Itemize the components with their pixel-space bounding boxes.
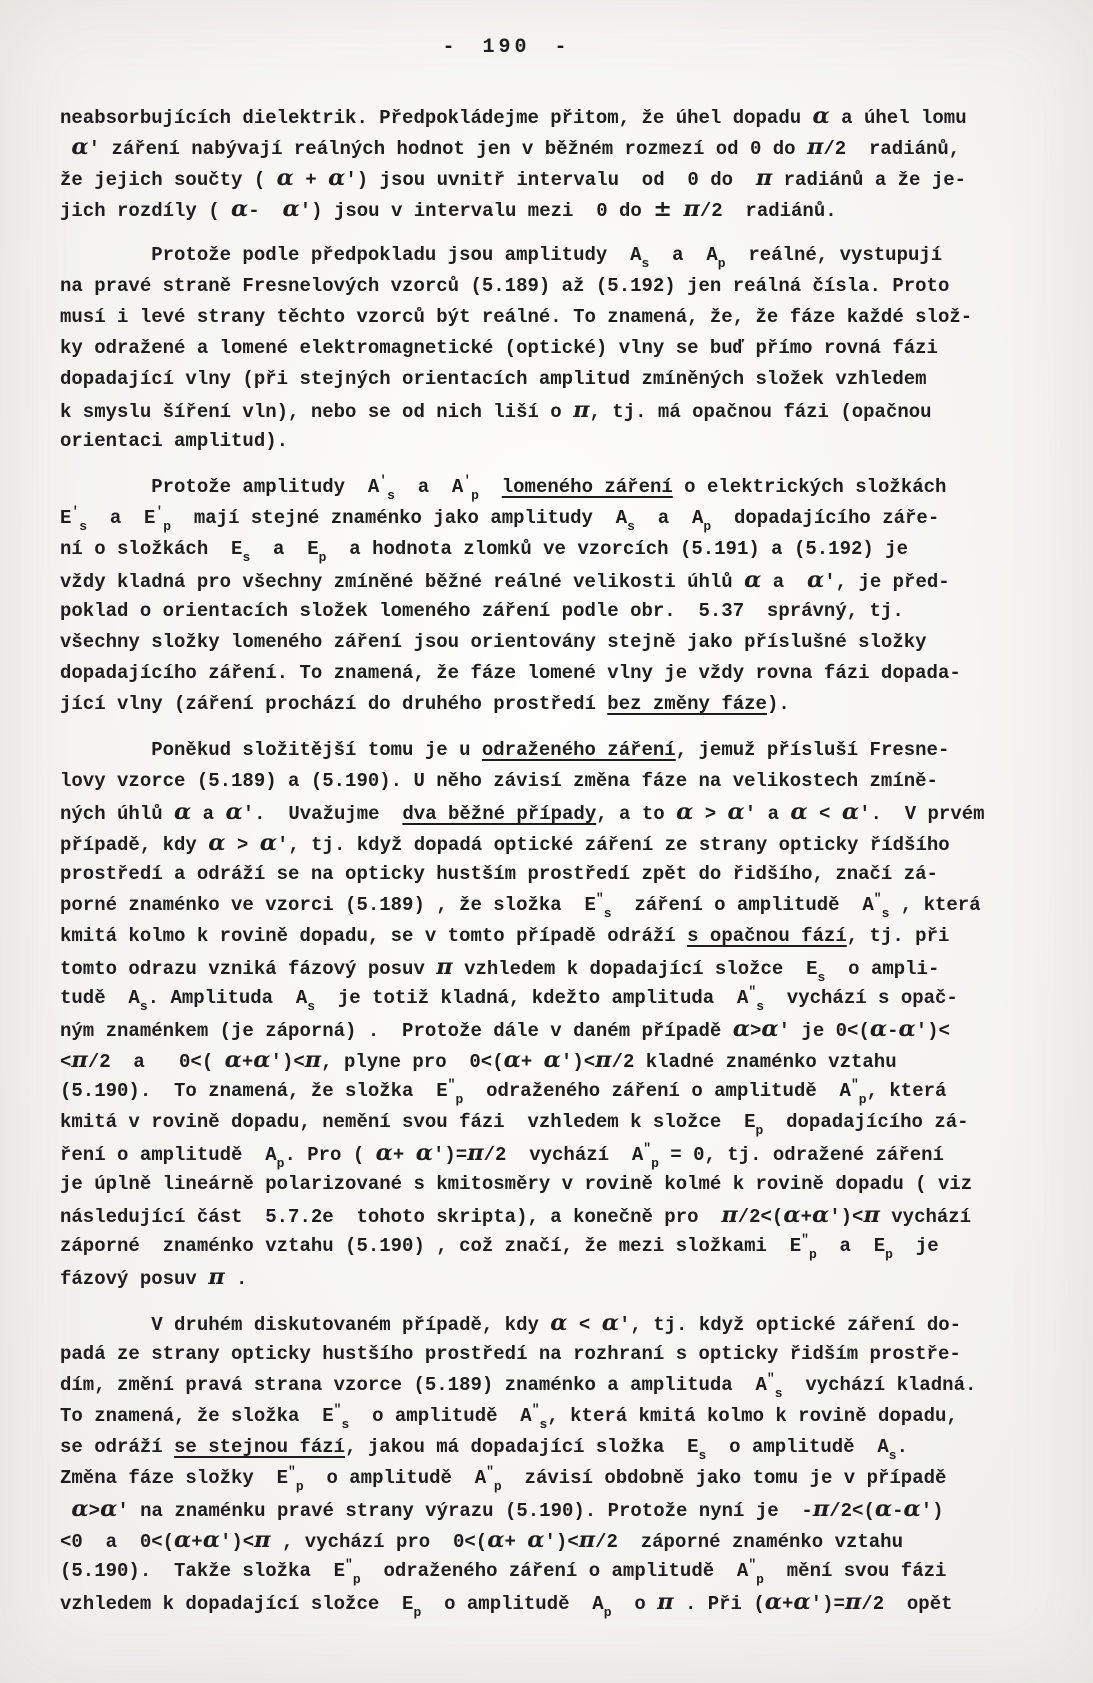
- text-line: dím, změní pravá strana vzorce (5.189) z…: [60, 1370, 1075, 1401]
- text-line: ky odražené a lomené elektromagnetické (…: [60, 333, 1075, 364]
- text-line: tomto odrazu vzniká fázový posuv π vzhle…: [60, 952, 1075, 983]
- text-line: k smyslu šíření vln), nebo se od nich li…: [60, 395, 1075, 426]
- text-line: Protože podle předpokladu jsou amplitudy…: [60, 240, 1075, 271]
- text-line: V druhém diskutovaném případě, kdy α < α…: [60, 1308, 1075, 1339]
- paragraph: Protože podle předpokladu jsou amplitudy…: [60, 240, 1075, 457]
- text-line: Protože amplitudy A′s a A′p lomeného zář…: [60, 472, 1075, 503]
- paragraph: Protože amplitudy A′s a A′p lomeného zář…: [60, 472, 1075, 720]
- paragraph: neabsorbujících dielektrik. Předpokládej…: [60, 101, 1075, 225]
- text-line: <0 a 0<(α+α′)<π , vychází pro 0<(α+ α′)<…: [60, 1525, 1075, 1556]
- document-body: neabsorbujících dielektrik. Předpokládej…: [60, 101, 1075, 1633]
- page-number: - 190 -: [0, 36, 1013, 59]
- text-line: na pravé straně Fresnelových vzorců (5.1…: [60, 271, 1075, 302]
- text-line: padá ze strany opticky hustšího prostřed…: [60, 1339, 1075, 1370]
- text-line: fázový posuv π .: [60, 1262, 1075, 1293]
- text-line: ných úhlů α a α′. Uvažujme dva běžné pří…: [60, 797, 1075, 828]
- text-line: kmitá v rovině dopadu, nemění svou fázi …: [60, 1107, 1075, 1138]
- text-line: α>α′ na znaménku pravé strany výrazu (5.…: [60, 1494, 1075, 1525]
- text-line: orientaci amplitud).: [60, 426, 1075, 457]
- paragraph: V druhém diskutovaném případě, kdy α < α…: [60, 1308, 1075, 1618]
- text-line: musí i levé strany těchto vzorců být reá…: [60, 302, 1075, 333]
- paragraph: Poněkud složitější tomu je u odraženého …: [60, 735, 1075, 1293]
- text-line: kmitá kolmo k rovině dopadu, se v tomto …: [60, 921, 1075, 952]
- text-line: že jejich součty ( α + α′) jsou uvnitř i…: [60, 163, 1075, 194]
- text-line: Poněkud složitější tomu je u odraženého …: [60, 735, 1075, 766]
- text-line: dopadajícího záření. To znamená, že fáze…: [60, 658, 1075, 689]
- text-line: E′s a E′p mají stejné znaménko jako ampl…: [60, 503, 1075, 534]
- text-line: jící vlny (záření prochází do druhého pr…: [60, 689, 1075, 720]
- text-line: neabsorbujících dielektrik. Předpokládej…: [60, 101, 1075, 132]
- text-line: (5.190). Takže složka E″p odraženého zář…: [60, 1556, 1075, 1587]
- text-line: případě, kdy α > α′, tj. když dopadá opt…: [60, 828, 1075, 859]
- text-line: dopadající vlny (při stejných orientacíc…: [60, 364, 1075, 395]
- text-line: porné znaménko ve vzorci (5.189) , že sl…: [60, 890, 1075, 921]
- scanned-page: - 190 - neabsorbujících dielektrik. Před…: [0, 0, 1093, 1683]
- text-line: vzhledem k dopadající složce Ep o amplit…: [60, 1587, 1075, 1618]
- text-line: lovy vzorce (5.189) a (5.190). U něho zá…: [60, 766, 1075, 797]
- text-line: ným znaménkem (je záporná) . Protože dál…: [60, 1014, 1075, 1045]
- text-line: jich rozdíly ( α- α′) jsou v intervalu m…: [60, 194, 1075, 225]
- text-line: poklad o orientacích složek lomeného zář…: [60, 596, 1075, 627]
- text-line: Změna fáze složky E″p o amplitudě A″p zá…: [60, 1463, 1075, 1494]
- text-line: <π/2 a 0<( α+α′)<π, plyne pro 0<(α+ α′)<…: [60, 1045, 1075, 1076]
- text-line: prostředí a odráží se na opticky hustším…: [60, 859, 1075, 890]
- text-line: následující část 5.7.2e tohoto skripta),…: [60, 1200, 1075, 1231]
- text-line: všechny složky lomeného záření jsou orie…: [60, 627, 1075, 658]
- text-line: To znamená, že složka E″s o amplitudě A″…: [60, 1401, 1075, 1432]
- text-line: záporné znaménko vztahu (5.190) , což zn…: [60, 1231, 1075, 1262]
- text-line: α′ záření nabývají reálných hodnot jen v…: [60, 132, 1075, 163]
- text-line: ření o amplitudě Ap. Pro ( α+ α′)=π/2 vy…: [60, 1138, 1075, 1169]
- text-line: vždy kladná pro všechny zmíněné běžné re…: [60, 565, 1075, 596]
- text-line: ní o složkách Es a Ep a hodnota zlomků v…: [60, 534, 1075, 565]
- text-line: se odráží se stejnou fází, jakou má dopa…: [60, 1432, 1075, 1463]
- text-line: je úplně lineárně polarizované s kmitosm…: [60, 1169, 1075, 1200]
- text-line: tudě As. Amplituda As je totiž kladná, k…: [60, 983, 1075, 1014]
- text-line: (5.190). To znamená, že složka E″p odraž…: [60, 1076, 1075, 1107]
